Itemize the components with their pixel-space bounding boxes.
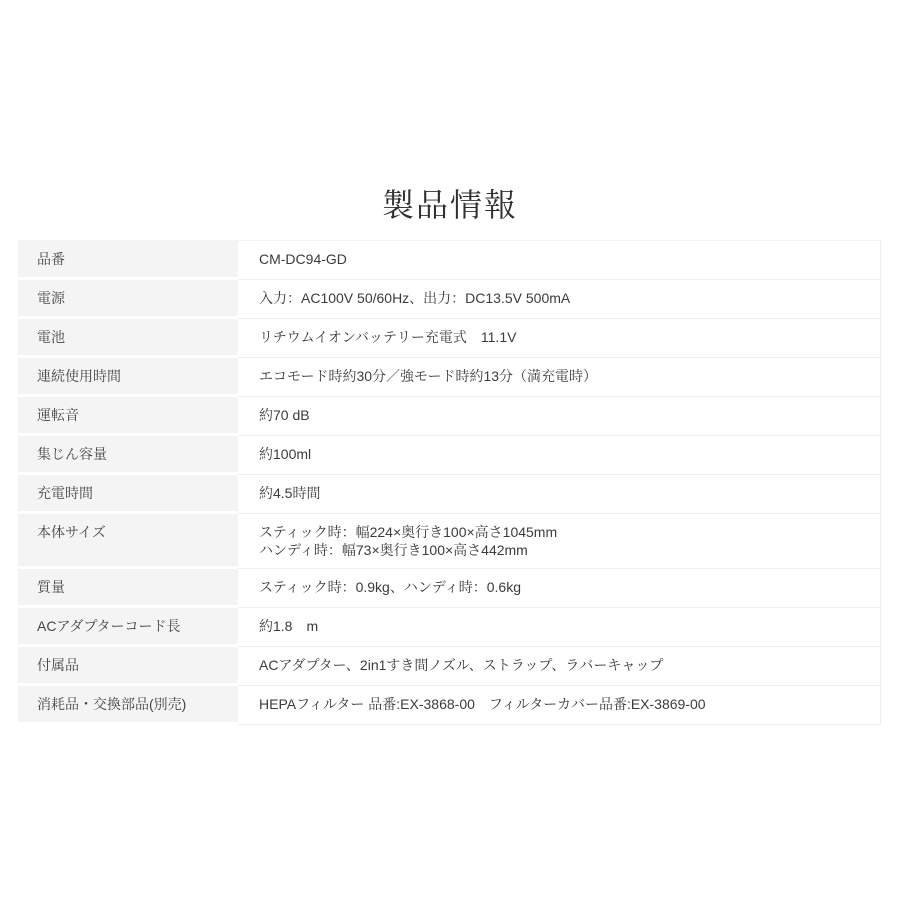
spec-value: リチウムイオンバッテリー充電式 11.1V — [238, 319, 880, 358]
spec-table: 品番 CM-DC94-GD 電源 入力：AC100V 50/60Hz、出力：DC… — [18, 240, 881, 725]
spec-label: 充電時間 — [18, 475, 238, 514]
spec-value: 約1.8 m — [238, 608, 880, 647]
table-row: 連続使用時間 エコモード時約30分／強モード時約13分（満充電時） — [18, 358, 880, 397]
spec-value: ACアダプター、2in1すき間ノズル、ストラップ、ラバーキャップ — [238, 647, 880, 686]
table-row: 質量 スティック時：0.9kg、ハンディ時：0.6kg — [18, 569, 880, 608]
spec-label: 運転音 — [18, 397, 238, 436]
spec-label: 連続使用時間 — [18, 358, 238, 397]
product-info-page: 製品情報 品番 CM-DC94-GD 電源 入力：AC100V 50/60Hz、… — [0, 0, 900, 900]
spec-value: スティック時：0.9kg、ハンディ時：0.6kg — [238, 569, 880, 608]
table-row: 充電時間 約4.5時間 — [18, 475, 880, 514]
page-title: 製品情報 — [0, 0, 900, 224]
spec-value: CM-DC94-GD — [238, 241, 880, 280]
spec-label: 品番 — [18, 241, 238, 280]
spec-label: 付属品 — [18, 647, 238, 686]
table-row: 付属品 ACアダプター、2in1すき間ノズル、ストラップ、ラバーキャップ — [18, 647, 880, 686]
table-row: 電源 入力：AC100V 50/60Hz、出力：DC13.5V 500mA — [18, 280, 880, 319]
spec-value: 入力：AC100V 50/60Hz、出力：DC13.5V 500mA — [238, 280, 880, 319]
spec-value: 約70 dB — [238, 397, 880, 436]
spec-value: エコモード時約30分／強モード時約13分（満充電時） — [238, 358, 880, 397]
spec-label: 本体サイズ — [18, 514, 238, 569]
table-row: ACアダプターコード長 約1.8 m — [18, 608, 880, 647]
spec-label: 消耗品・交換部品(別売) — [18, 686, 238, 725]
spec-value: スティック時：幅224×奥行き100×高さ1045mm ハンディ時：幅73×奥行… — [238, 514, 880, 569]
spec-label: ACアダプターコード長 — [18, 608, 238, 647]
table-row: 消耗品・交換部品(別売) HEPAフィルター 品番:EX-3868-00 フィル… — [18, 686, 880, 725]
spec-label: 質量 — [18, 569, 238, 608]
table-row: 本体サイズ スティック時：幅224×奥行き100×高さ1045mm ハンディ時：… — [18, 514, 880, 569]
table-row: 運転音 約70 dB — [18, 397, 880, 436]
spec-label: 電源 — [18, 280, 238, 319]
spec-value: HEPAフィルター 品番:EX-3868-00 フィルターカバー品番:EX-38… — [238, 686, 880, 725]
table-row: 集じん容量 約100ml — [18, 436, 880, 475]
spec-label: 電池 — [18, 319, 238, 358]
spec-value: 約100ml — [238, 436, 880, 475]
table-row: 電池 リチウムイオンバッテリー充電式 11.1V — [18, 319, 880, 358]
spec-value: 約4.5時間 — [238, 475, 880, 514]
spec-label: 集じん容量 — [18, 436, 238, 475]
table-row: 品番 CM-DC94-GD — [18, 241, 880, 280]
